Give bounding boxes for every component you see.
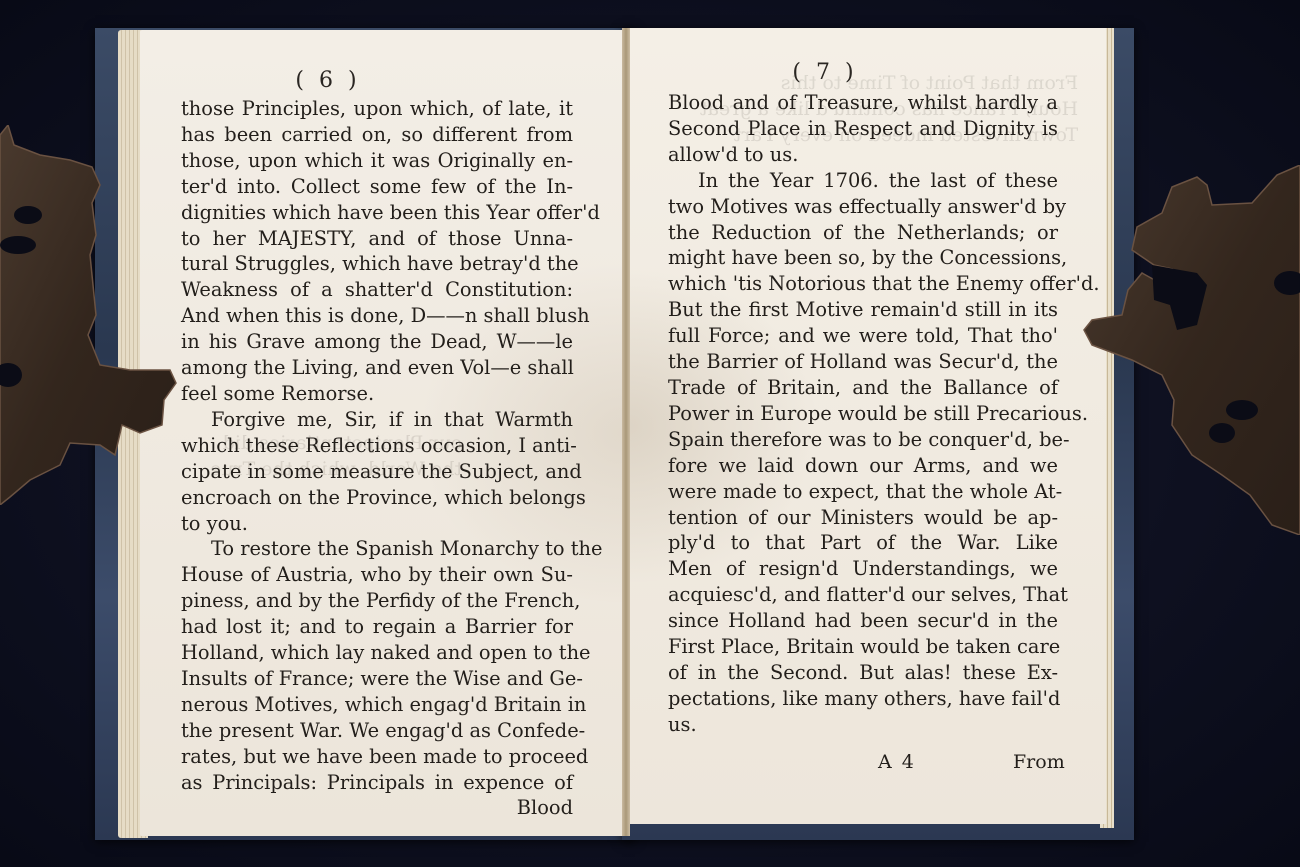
text-line: dignities which have been this Year offe… bbox=[181, 200, 573, 226]
text-line: ter'd into. Collect some few of the In- bbox=[181, 174, 573, 200]
text-line: cipate in some measure the Subject, and bbox=[181, 459, 573, 485]
metal-page-weight-left bbox=[0, 125, 185, 505]
text-line: the Barrier of Holland was Secur'd, the bbox=[668, 349, 1058, 375]
text-line: might have been so, by the Concessions, bbox=[668, 245, 1058, 271]
text-line: us. bbox=[668, 712, 1058, 738]
text-line: feel some Remorse. bbox=[181, 381, 573, 407]
text-line: Men of resign'd Understandings, we bbox=[668, 556, 1058, 582]
text-line: piness, and by the Perfidy of the French… bbox=[181, 588, 573, 614]
metal-page-weight-right bbox=[1082, 165, 1300, 535]
text-line: the Reduction of the Netherlands; or bbox=[668, 220, 1058, 246]
text-line: Power in Europe would be still Precariou… bbox=[668, 401, 1058, 427]
text-line: Second Place in Respect and Dignity is bbox=[668, 116, 1058, 142]
text-line: First Place, Britain would be taken care bbox=[668, 634, 1058, 660]
text-line: which these Reflections occasion, I anti… bbox=[181, 433, 573, 459]
page-number-7: ( 7 ) bbox=[700, 60, 950, 85]
text-line: But the first Motive remain'd still in i… bbox=[668, 297, 1058, 323]
text-line: To restore the Spanish Monarchy to the bbox=[181, 536, 573, 562]
book-photo-scene: From that Point of Time to this Hour, Fr… bbox=[0, 0, 1300, 867]
text-line: as Principals: Principals in expence of bbox=[181, 770, 573, 796]
text-line: tention of our Ministers would be ap- bbox=[668, 505, 1058, 531]
text-line: tural Struggles, which have betray'd the bbox=[181, 251, 573, 277]
text-line: of in the Second. But alas! these Ex- bbox=[668, 660, 1058, 686]
text-line: In the Year 1706. the last of these bbox=[668, 168, 1058, 194]
text-line: pectations, like many others, have fail'… bbox=[668, 686, 1058, 712]
text-line: those Principles, upon which, of late, i… bbox=[181, 96, 573, 122]
text-line: allow'd to us. bbox=[668, 142, 1058, 168]
page-number-6: ( 6 ) bbox=[203, 68, 453, 93]
signature-mark: A 4 bbox=[878, 751, 916, 773]
text-line: Holland, which lay naked and open to the bbox=[181, 640, 573, 666]
text-line: two Motives was effectually answer'd by bbox=[668, 194, 1058, 220]
text-line: has been carried on, so different from bbox=[181, 122, 573, 148]
text-line: Blood and of Treasure, whilst hardly a bbox=[668, 90, 1058, 116]
text-line: fore we laid down our Arms, and we bbox=[668, 453, 1058, 479]
text-line: nerous Motives, which engag'd Britain in bbox=[181, 692, 573, 718]
text-line: to her MAJESTY, and of those Unna- bbox=[181, 226, 573, 252]
left-page-text: those Principles, upon which, of late, i… bbox=[181, 96, 573, 821]
text-line: Weakness of a shatter'd Constitution: bbox=[181, 277, 573, 303]
text-line: were made to expect, that the whole At- bbox=[668, 479, 1058, 505]
text-line: to you. bbox=[181, 511, 573, 537]
text-line: the present War. We engag'd as Confede- bbox=[181, 718, 573, 744]
text-line: rates, but we have been made to proceed bbox=[181, 744, 573, 770]
text-line: Spain therefore was to be conquer'd, be- bbox=[668, 427, 1058, 453]
text-line: those, upon which it was Originally en- bbox=[181, 148, 573, 174]
right-page-text: Blood and of Treasure, whilst hardly a S… bbox=[668, 90, 1058, 738]
catchword: From bbox=[1013, 751, 1065, 773]
text-line: Forgive me, Sir, if in that Warmth bbox=[181, 407, 573, 433]
catchword: Blood bbox=[181, 795, 573, 821]
text-line: among the Living, and even Vol—e shall bbox=[181, 355, 573, 381]
text-line: House of Austria, who by their own Su- bbox=[181, 562, 573, 588]
book-gutter bbox=[622, 28, 630, 836]
text-line: in his Grave among the Dead, W——le bbox=[181, 329, 573, 355]
text-line: encroach on the Province, which belongs bbox=[181, 485, 573, 511]
text-line: acquiesc'd, and flatter'd our selves, Th… bbox=[668, 582, 1058, 608]
text-line: Trade of Britain, and the Ballance of bbox=[668, 375, 1058, 401]
text-line: which 'tis Notorious that the Enemy offe… bbox=[668, 271, 1058, 297]
text-line: ply'd to that Part of the War. Like bbox=[668, 530, 1058, 556]
text-line: Insults of France; were the Wise and Ge- bbox=[181, 666, 573, 692]
text-line: full Force; and we were told, That tho' bbox=[668, 323, 1058, 349]
text-line: And when this is done, D——n shall blush bbox=[181, 303, 573, 329]
text-line: had lost it; and to regain a Barrier for bbox=[181, 614, 573, 640]
text-line: since Holland had been secur'd in the bbox=[668, 608, 1058, 634]
